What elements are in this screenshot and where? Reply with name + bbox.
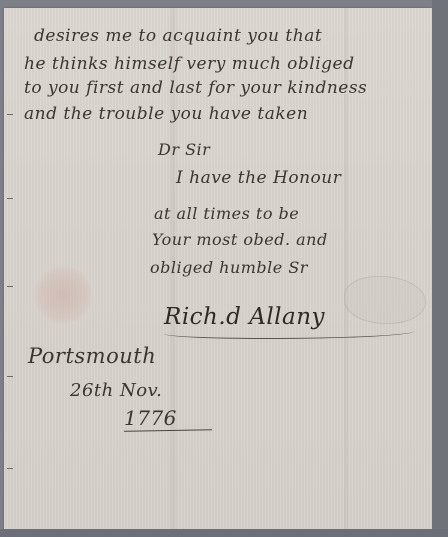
scan-background — [0, 529, 448, 537]
body-line: he thinks himself very much obliged — [24, 54, 355, 74]
body-line: to you first and last for your kindness — [24, 78, 367, 98]
body-line: desires me to acquaint you that — [34, 26, 322, 46]
signature-flourish — [164, 326, 414, 339]
letter-page: desires me to acquaint you that he think… — [4, 8, 432, 529]
body-line: and the trouble you have taken — [24, 104, 308, 124]
date: 26th Nov. — [70, 380, 162, 401]
closing-line: obliged humble Sr — [150, 258, 308, 277]
salutation: Dr Sir — [158, 140, 210, 159]
place-name: Portsmouth — [28, 344, 156, 368]
margin-mark — [7, 286, 13, 287]
water-stain — [344, 276, 426, 324]
margin-mark — [7, 114, 13, 115]
margin-mark — [7, 468, 13, 469]
closing-line: I have the Honour — [176, 168, 341, 188]
seal-stain — [34, 266, 92, 324]
closing-line: Your most obed. and — [152, 230, 328, 249]
closing-line: at all times to be — [154, 204, 299, 223]
year: 1776 — [124, 406, 177, 430]
margin-mark — [7, 376, 13, 377]
margin-mark — [7, 198, 13, 199]
scan-background — [432, 0, 448, 537]
